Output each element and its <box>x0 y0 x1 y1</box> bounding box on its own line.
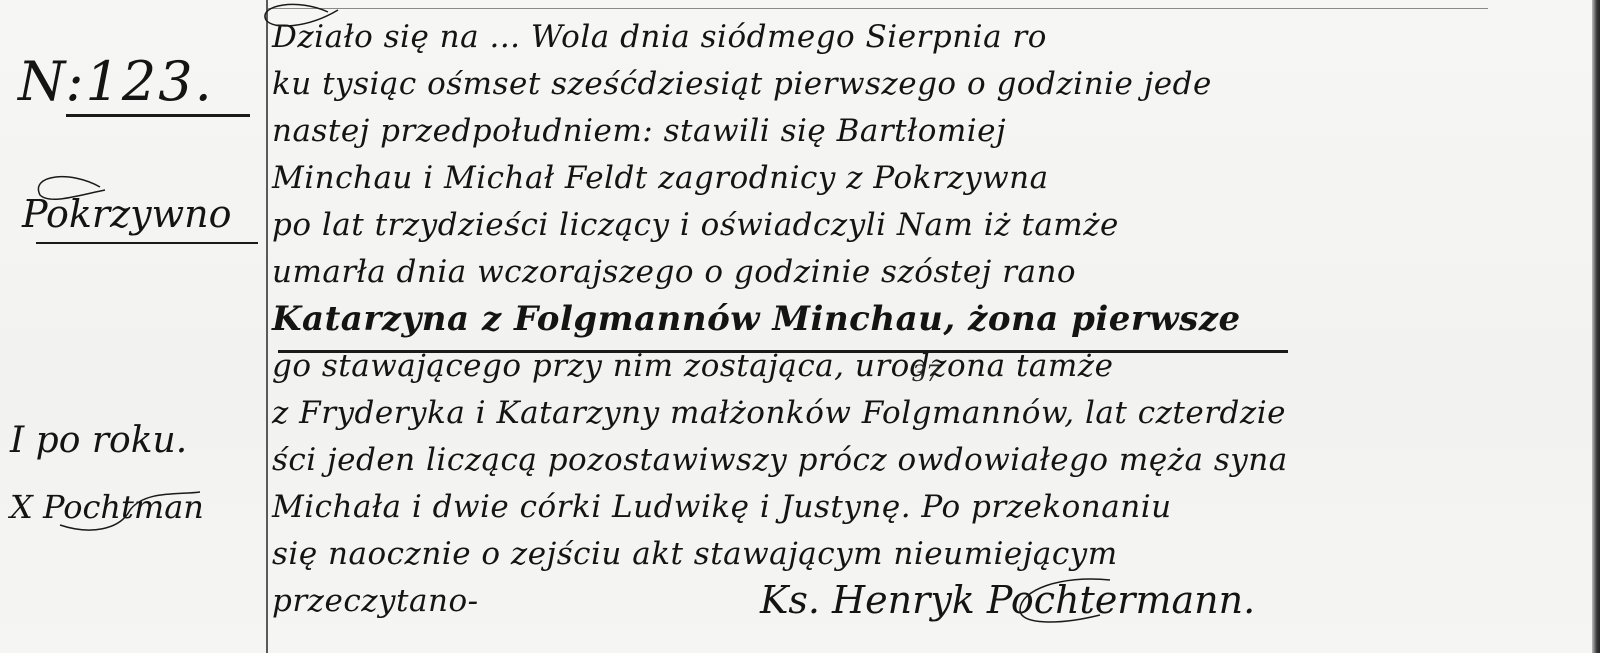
priest-signature: Ks. Henryk Pochtermann. <box>760 578 1255 622</box>
record-line-4: Minchau i Michał Feldt zagrodnicy z Pokr… <box>272 155 1572 202</box>
page-edge-shadow <box>1592 0 1600 653</box>
entry-number-underline <box>66 114 250 117</box>
margin-note: I po roku. <box>10 420 187 461</box>
margin-column: N:123. Pokrzywno I po roku. X Pochtman <box>0 0 264 653</box>
record-line-6: umarła dnia wczorajszego o godzinie szós… <box>272 249 1572 296</box>
record-line-3: nastej przedpołudniem: stawili się Bartł… <box>272 108 1572 155</box>
record-line-2: ku tysiąc ośmset sześćdziesiąt pierwszeg… <box>272 61 1572 108</box>
margin-signature: X Pochtman <box>10 488 204 526</box>
record-line-1: Działo się na ... Wola dnia siódmego Sie… <box>272 14 1572 61</box>
record-line-5: po lat trzydzieści liczący i oświadczyli… <box>272 202 1572 249</box>
record-line-10: ści jeden liczącą pozostawiwszy prócz ow… <box>272 437 1572 484</box>
top-rule <box>268 8 1488 9</box>
entry-number: N:123. <box>18 50 214 113</box>
age-annotation: 37 <box>912 362 940 387</box>
deceased-name-underline <box>278 350 1288 353</box>
record-line-11: Michała i dwie córki Ludwikę i Justynę. … <box>272 484 1572 531</box>
record-line-12: się naocznie o zejściu akt stawającym ni… <box>272 531 1572 578</box>
deceased-name-line: Katarzyna z Folgmannów Minchau, żona pie… <box>272 296 1572 343</box>
village-name: Pokrzywno <box>22 192 231 236</box>
record-body: Działo się na ... Wola dnia siódmego Sie… <box>272 14 1572 625</box>
village-underline <box>36 242 258 244</box>
margin-rule <box>266 0 268 653</box>
record-line-9: z Fryderyka i Katarzyny małżonków Folgma… <box>272 390 1572 437</box>
document-page: N:123. Pokrzywno I po roku. X Pochtman D… <box>0 0 1600 653</box>
